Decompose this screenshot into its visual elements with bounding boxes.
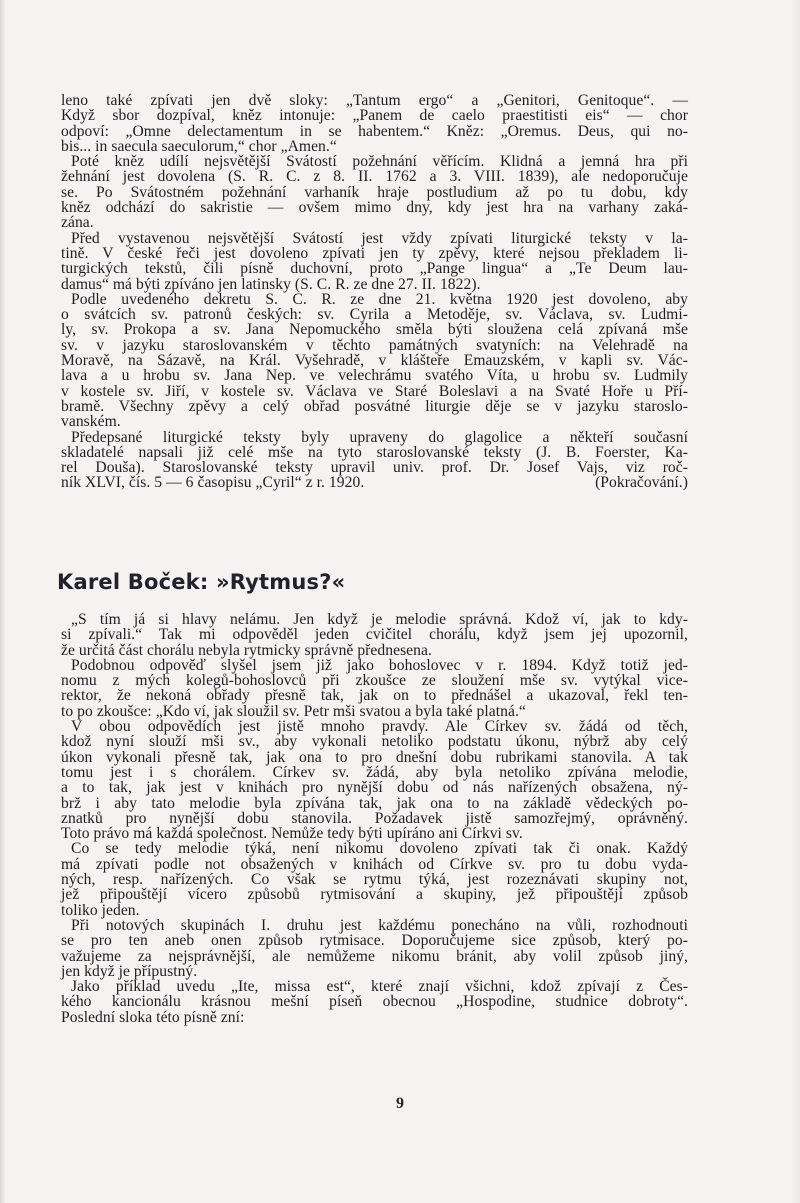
- text-line: odpoví: „Omne delectamentum in se habent…: [61, 124, 688, 139]
- text-line: Když sbor dozpíval, kněz intonuje: „Pane…: [61, 108, 688, 123]
- text-line: a to tak, jak jest v knihách pro nynější…: [61, 780, 688, 795]
- text-line: kněz odchází do sakristie — ovšem mimo d…: [61, 200, 688, 215]
- text-line: tomu jest i s chorálem. Církev sv. žádá,…: [61, 765, 688, 780]
- text-line: ly, sv. Prokopa a sv. Jana Nepomuckého s…: [61, 322, 688, 337]
- text-line: zána.: [61, 215, 688, 230]
- paragraph-start-line: Před vystavenou nejsvětější Svátostí jes…: [61, 231, 688, 246]
- text-line: važujeme za nejsprávnější, ale nemůžeme …: [61, 949, 688, 964]
- text-line: to po zkoušce: „Kdo ví, jak sloužil sv. …: [61, 704, 688, 719]
- text-line: turgických tekstů, čili písně duchovní, …: [61, 261, 688, 276]
- paragraph-start-line: Poté kněz udílí nejsvětější Svátostí pož…: [61, 154, 688, 169]
- paragraph-start-line: Při notových skupinách I. druhu jest kaž…: [61, 918, 688, 933]
- paragraph-start-line: V obou odpovědích jest jistě mnoho pravd…: [61, 719, 688, 734]
- paragraph-start-line: „S tím já si hlavy nelámu. Jen když je m…: [61, 612, 688, 627]
- text-line: se. Po Svátostném požehnání varhaník hra…: [61, 185, 688, 200]
- text-line: brž i aby tato melodie byla zpívána tak,…: [61, 796, 688, 811]
- text-line: jež připouštějí vícero způsobů rytmisová…: [61, 887, 688, 902]
- text-line: se pro ten aneb onen způsob rytmisace. D…: [61, 933, 688, 948]
- text-line: znatků pro nynější dobu stanovila. Požad…: [61, 811, 688, 826]
- text-line: damus“ má býti zpíváno jen latinsky (S. …: [61, 277, 688, 292]
- text-line: skladatelé napsali již celé mše na tyto …: [61, 445, 688, 460]
- text-line: lava a u hrobu sv. Jana Nep. ve velechrá…: [61, 368, 688, 383]
- paragraph-start-line: Podle uvedeného dekretu S. C. R. ze dne …: [61, 292, 688, 307]
- text-line: Toto právo má každá společnost. Nemůže t…: [61, 826, 688, 841]
- paragraph-start-line: Jako příklad uvedu „Ite, missa est“, kte…: [61, 979, 688, 994]
- paragraph-start-line: Předepsané liturgické teksty byly uprave…: [61, 430, 688, 445]
- text-line: rektor, že nekoná obřady přesně tak, jak…: [61, 688, 688, 703]
- article-body-text: „S tím já si hlavy nelámu. Jen když je m…: [61, 612, 688, 1025]
- text-line: má zpívati podle not obsažených v knihác…: [61, 857, 688, 872]
- page-right-edge: [792, 0, 800, 1203]
- text-line: toliko jeden.: [61, 903, 688, 918]
- closing-line: ník XLVI, čís. 5 — 6 časopisu „Cyril“ z …: [61, 475, 688, 490]
- continuation-note: (Pokračování.): [595, 475, 688, 490]
- closing-line-text: ník XLVI, čís. 5 — 6 časopisu „Cyril“ z …: [61, 475, 364, 490]
- text-line: Poslední sloka této písně zní:: [61, 1010, 688, 1025]
- text-line: sv. v jazyku staroslovanském v těchto pa…: [61, 338, 688, 353]
- paragraph-start-line: Podobnou odpověď slyšel jsem již jako bo…: [61, 658, 688, 673]
- paragraph-start-line: Co se tedy melodie týká, není nikomu dov…: [61, 841, 688, 856]
- text-line: v kostele sv. Jiří, v kostele sv. Václav…: [61, 384, 688, 399]
- text-line: bramě. Všechny zpěvy a celý obřad posvát…: [61, 399, 688, 414]
- text-line: že určitá část chorálu nebyla rytmicky s…: [61, 643, 688, 658]
- text-line: Moravě, na Sázavě, na Král. Vyšehradě, v…: [61, 353, 688, 368]
- page-number: 9: [0, 1095, 800, 1113]
- text-line: ných, resp. nařízených. Co však se rytmu…: [61, 872, 688, 887]
- text-line: bis... in saecula saeculorum,“ chor „Ame…: [61, 139, 688, 154]
- text-line: vanském.: [61, 414, 688, 429]
- text-line: jen když je přípustný.: [61, 964, 688, 979]
- text-line: rel Douša). Staroslovanské teksty upravi…: [61, 460, 688, 475]
- text-line: si zpívali.“ Tak mi odpověděl jeden cvič…: [61, 627, 688, 642]
- text-line: o svátcích sv. patronů českých: sv. Cyri…: [61, 307, 688, 322]
- text-line: kého kancionálu krásnou mešní píseň obec…: [61, 994, 688, 1009]
- text-line: kdož nyní slouží mši sv., aby vykonali n…: [61, 734, 688, 749]
- text-line: leno také zpívati jen dvě sloky: „Tantum…: [61, 93, 688, 108]
- text-line: žehnání jest dovolena (S. R. C. z 8. II.…: [61, 169, 688, 184]
- text-line: nomu z mých kolegů-bohoslovců při zkoušc…: [61, 673, 688, 688]
- article-heading: Karel Boček: »Rytmus?«: [57, 570, 345, 594]
- continued-article-text: leno také zpívati jen dvě sloky: „Tantum…: [61, 93, 688, 491]
- page-left-edge: [0, 0, 6, 1203]
- text-line: tině. V české řeči jest dovoleno zpívati…: [61, 246, 688, 261]
- text-line: úkon vykonali přesně tak, jak ona to pro…: [61, 750, 688, 765]
